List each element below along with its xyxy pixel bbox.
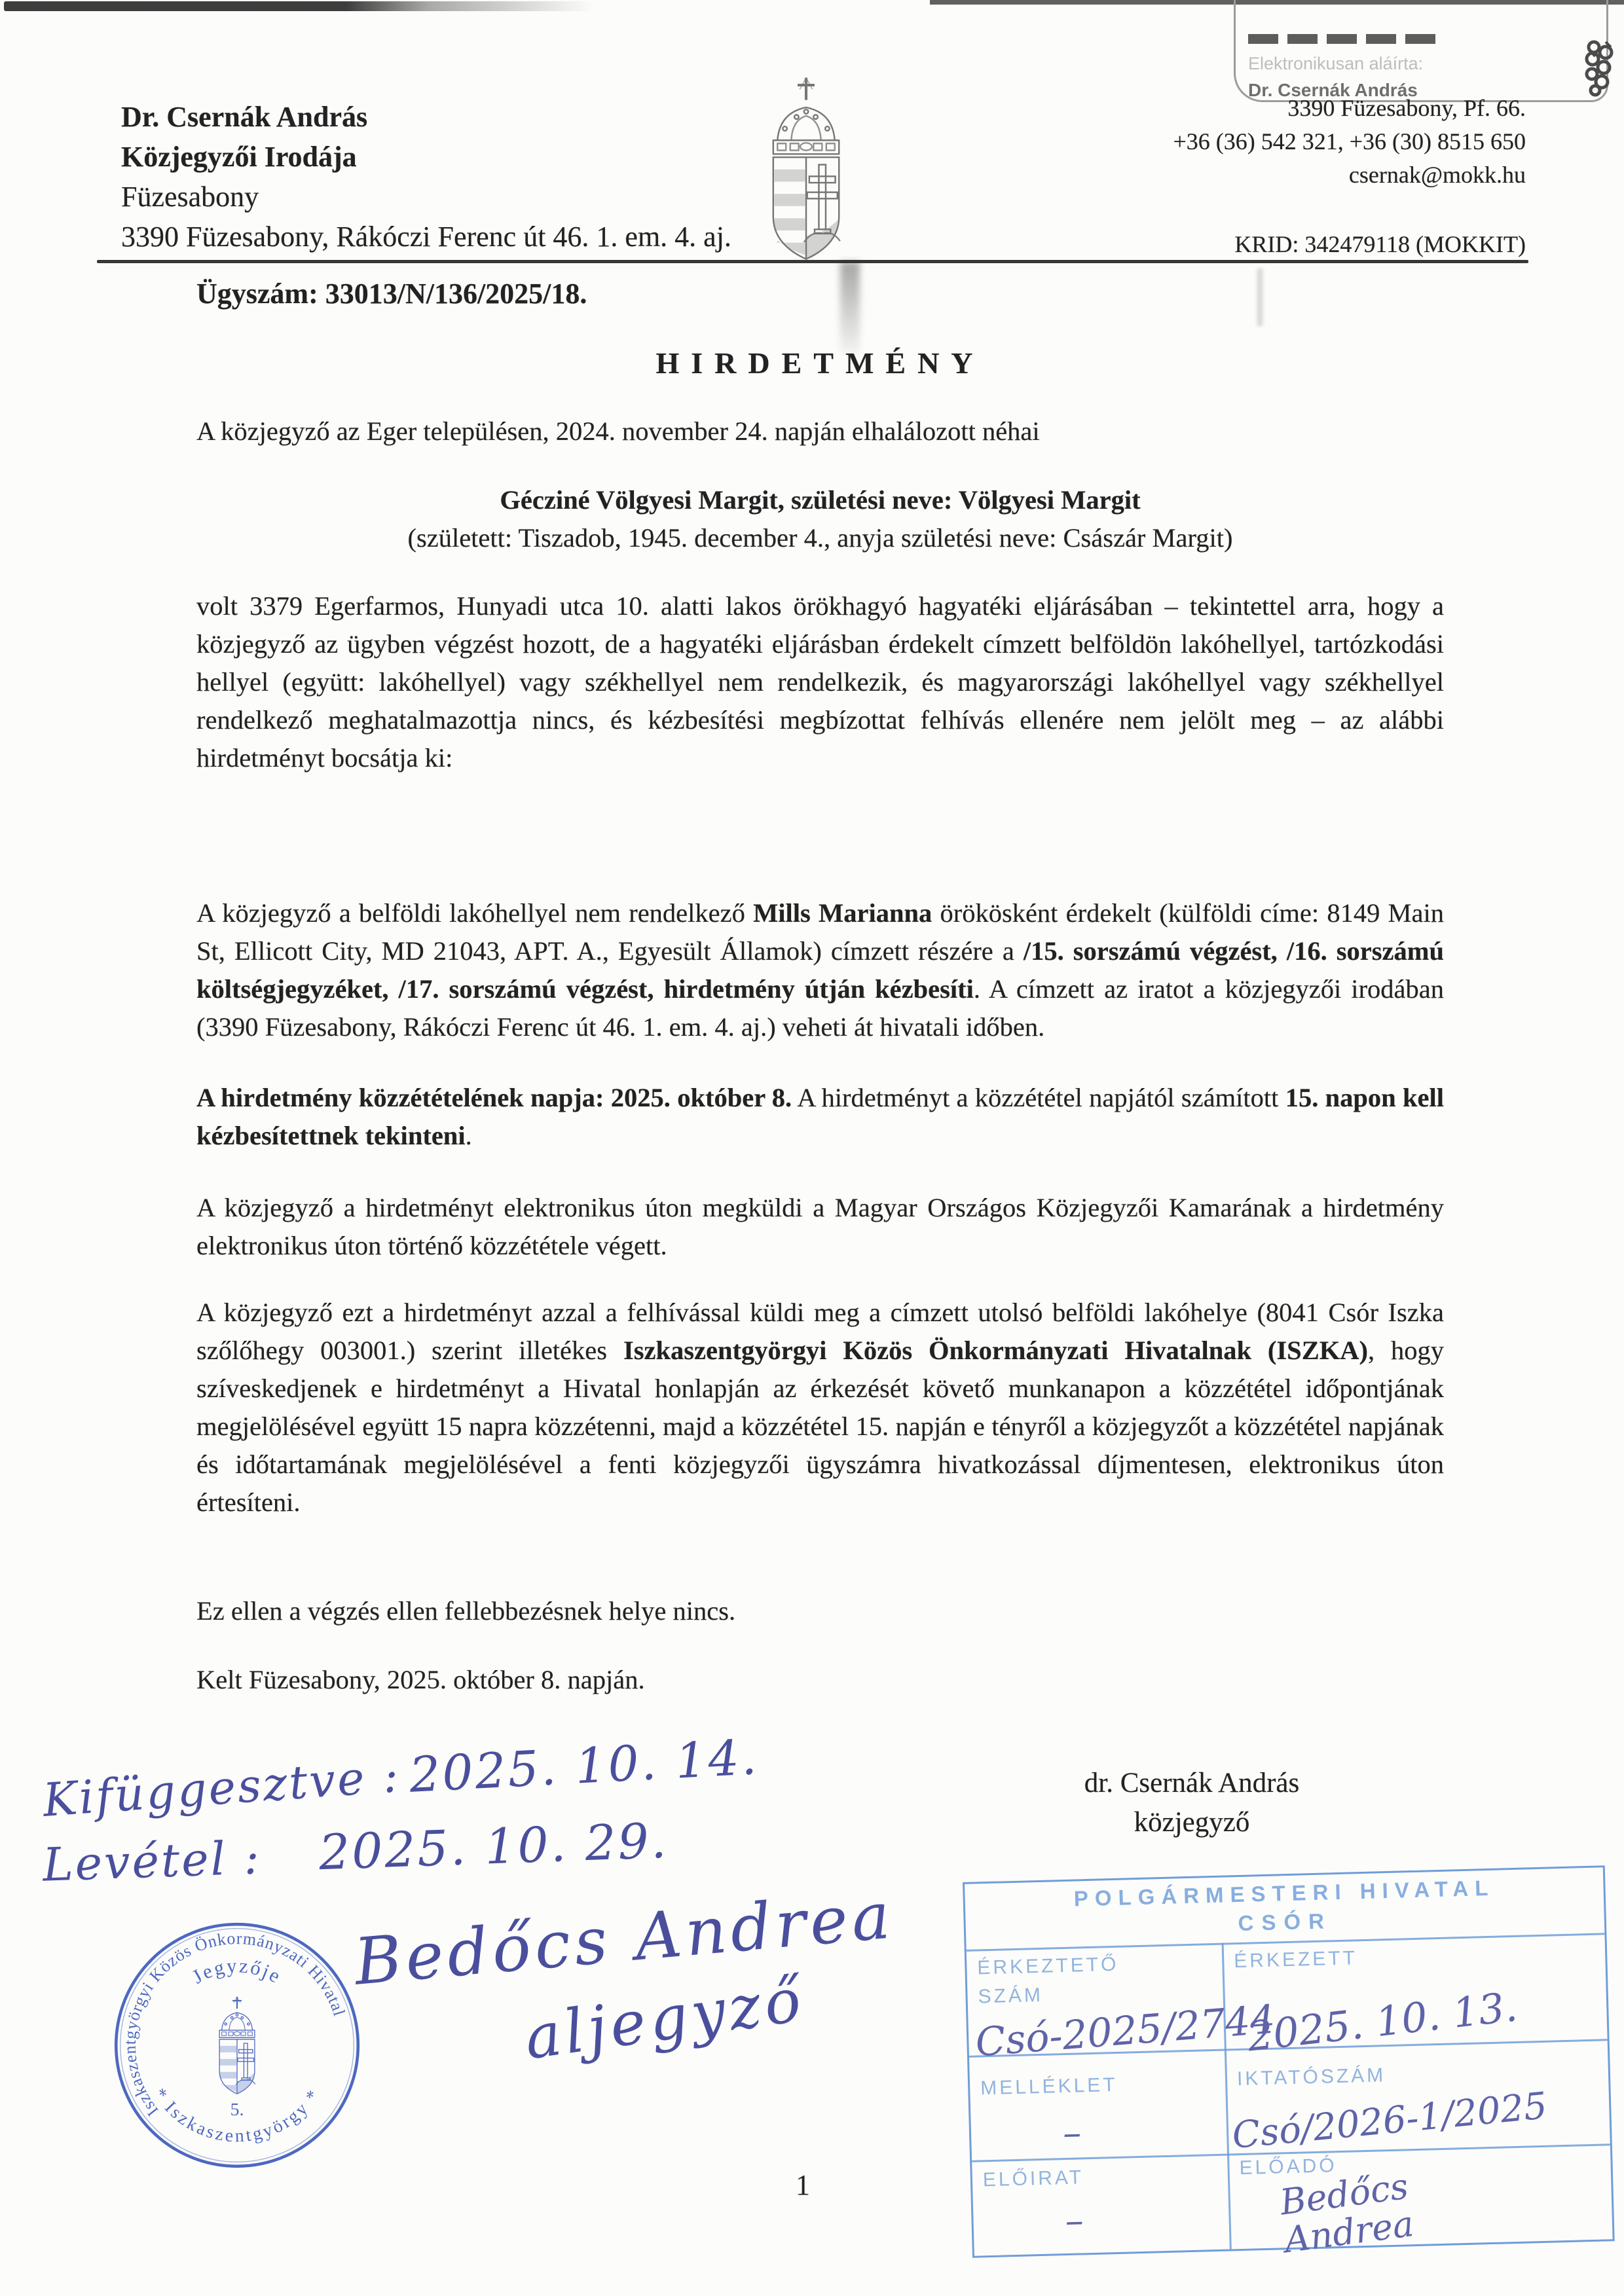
notary-address: 3390 Füzesabony, Rákóczi Ferenc út 46. 1…	[121, 217, 731, 257]
heir-name: Mills Marianna	[753, 898, 932, 928]
case-number-value: 33013/N/136/2025/18.	[325, 278, 587, 310]
field-value-melleklet: –	[1062, 2111, 1082, 2155]
scan-fold-streak	[1257, 268, 1263, 326]
case-number-line: Ügyszám: 33013/N/136/2025/18.	[196, 277, 587, 310]
handwritten-removed-label: Levétel :	[42, 1831, 262, 1892]
page-number: 1	[796, 2168, 810, 2202]
paragraph-mokk: A közjegyző a hirdetményt elektronikus ú…	[196, 1189, 1444, 1265]
notary-office-title: Közjegyzői Irodája	[121, 137, 731, 177]
notary-contact-block: 3390 Füzesabony, Pf. 66. +36 (36) 542 32…	[1173, 92, 1526, 192]
handwritten-removed-date: 2025. 10. 29.	[318, 1813, 669, 1882]
municipal-clerk-seal: Iszkaszentgyörgyi Közös Önkormányzati Hi…	[110, 1918, 364, 2172]
header-divider	[97, 260, 1528, 263]
esign-redaction-smear	[1248, 34, 1442, 44]
seal-coat-of-arms-icon	[219, 1997, 255, 2094]
notary-office-block: Dr. Csernák András Közjegyzői Irodája Fü…	[121, 97, 731, 257]
page-title: HIRDETMÉNY	[196, 346, 1444, 380]
notary-signature-name: dr. Csernák András	[982, 1764, 1401, 1803]
contact-phones: +36 (36) 542 321, +36 (30) 8515 650	[1173, 125, 1526, 158]
scan-smudge	[840, 262, 860, 354]
notary-signature-block: dr. Csernák András közjegyző	[982, 1764, 1401, 1842]
field-label-melleklet: MELLÉKLET	[980, 2074, 1118, 2100]
field-label-iktatoszam: IKTATÓSZÁM	[1237, 2064, 1386, 2090]
notary-name: Dr. Csernák András	[121, 97, 731, 137]
arrival-stamp: POLGÁRMESTERI HIVATAL CSÓR ÉRKEZTETŐ SZÁ…	[963, 1865, 1615, 2257]
mokk-ornament-icon	[1560, 39, 1615, 97]
svg-text:Jegyzője: Jegyzője	[189, 1954, 286, 1988]
hungarian-coat-of-arms-icon	[753, 73, 859, 264]
handwritten-posted-date: 2025. 10. 14.	[408, 1729, 760, 1804]
notary-signature-role: közjegyző	[982, 1803, 1401, 1842]
field-value-eloirat: –	[1065, 2199, 1084, 2242]
case-number-label: Ügyszám:	[196, 278, 318, 310]
paragraph-municipality: A közjegyző ezt a hirdetményt azzal a fe…	[196, 1294, 1444, 1522]
document-page: Dr. Csernák András Közjegyzői Irodája Fü…	[0, 0, 1624, 2296]
paragraph-publication-date: A hirdetmény közzétételének napja: 2025.…	[196, 1079, 1444, 1155]
deputy-signature-name: Bedőcs Andrea	[352, 1878, 897, 2000]
krid-line: KRID: 342479118 (MOKKIT)	[1234, 230, 1526, 258]
deceased-name-line: Gécziné Völgyesi Margit, születési neve:…	[196, 481, 1444, 519]
deceased-birth-line: (született: Tiszadob, 1945. december 4.,…	[196, 519, 1444, 557]
contact-address: 3390 Füzesabony, Pf. 66.	[1173, 92, 1526, 125]
text-run: A közjegyző a belföldi lakóhellyel nem r…	[196, 898, 753, 928]
paragraph-proceeding: volt 3379 Egerfarmos, Hunyadi utca 10. a…	[196, 587, 1444, 777]
handwritten-posted-label: Kifüggesztve :	[41, 1749, 402, 1827]
paragraph-no-appeal: Ez ellen a végzés ellen fellebbezésnek h…	[196, 1592, 1444, 1630]
field-label-erkezett: ÉRKEZETT	[1234, 1947, 1358, 1973]
field-value-erkezett: 2025. 10. 13.	[1245, 1982, 1520, 2060]
text-run: .	[466, 1121, 472, 1150]
contact-email: csernak@mokk.hu	[1173, 158, 1526, 192]
esign-caption: Elektronikusan aláírta:	[1248, 54, 1423, 74]
scan-artifact-bar-left	[4, 1, 593, 11]
field-label-erkezteto: ÉRKEZTETŐ	[977, 1954, 1119, 1980]
paragraph-recipient: A közjegyző a belföldi lakóhellyel nem r…	[196, 894, 1444, 1046]
stamp-divider	[1222, 1943, 1232, 2250]
field-label-erkezteto-2: SZÁM	[978, 1984, 1043, 2009]
seal-inner-text: Jegyzője	[189, 1954, 286, 1988]
paragraph-intro: A közjegyző az Eger településen, 2024. n…	[196, 412, 1444, 450]
publication-date: A hirdetmény közzétételének napja: 2025.…	[196, 1083, 792, 1112]
notary-city: Füzesabony	[121, 177, 731, 217]
seal-number: 5.	[231, 2099, 244, 2119]
field-label-eloirat: ELŐIRAT	[982, 2166, 1084, 2191]
municipality-name: Iszkaszentgyörgyi Közös Önkormányzati Hi…	[623, 1336, 1368, 1365]
paragraph-dated: Kelt Füzesabony, 2025. október 8. napján…	[196, 1661, 1444, 1699]
text-run: A hirdetményt a közzététel napjától szám…	[792, 1083, 1285, 1112]
